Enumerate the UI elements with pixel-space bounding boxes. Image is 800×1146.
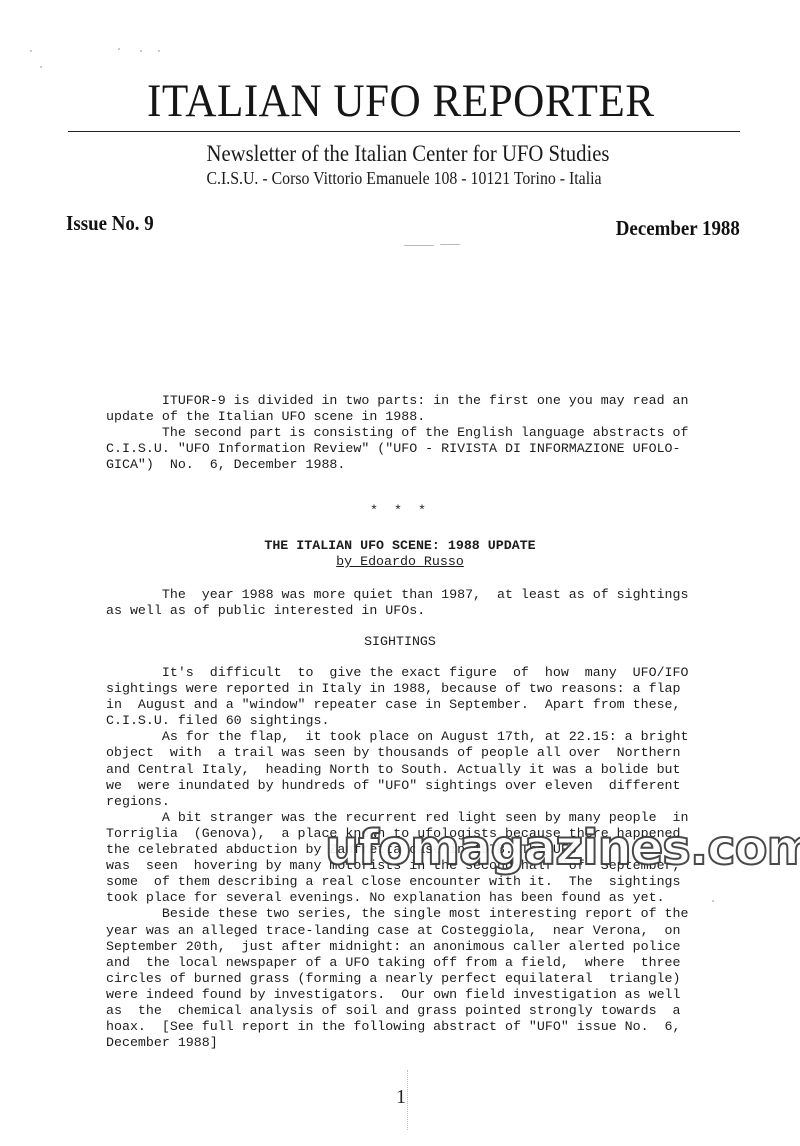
issue-date: December 1988	[616, 216, 740, 241]
scan-speck	[40, 66, 42, 68]
article-title: THE ITALIAN UFO SCENE: 1988 UPDATE	[0, 538, 800, 553]
author-name: by Edoardo Russo	[336, 554, 464, 569]
scan-artifact-line	[407, 1070, 408, 1130]
section-heading-sightings: SIGHTINGS	[0, 634, 800, 649]
scan-speck	[158, 50, 160, 52]
intro-paragraphs: ITUFOR-9 is divided in two parts: in the…	[106, 393, 690, 473]
scan-speck	[712, 900, 714, 902]
issue-number: Issue No. 9	[66, 211, 154, 236]
scan-speck	[440, 244, 460, 245]
publisher-address: C.I.S.U. - Corso Vittorio Emanuele 108 -…	[48, 168, 759, 189]
masthead-divider	[68, 131, 740, 132]
scan-speck	[118, 48, 120, 50]
article-lead-paragraph: The year 1988 was more quiet than 1987, …	[106, 587, 690, 619]
scan-speck	[140, 50, 142, 52]
scan-speck	[404, 245, 434, 246]
newsletter-subtitle: Newsletter of the Italian Center for UFO…	[41, 141, 775, 167]
page-number: 1	[396, 1086, 406, 1109]
section-separator: * * *	[0, 503, 800, 518]
watermark: ufomagazines.com	[325, 824, 800, 872]
scan-speck	[30, 50, 32, 52]
article-byline: by Edoardo Russo	[0, 554, 800, 569]
newsletter-title: ITALIAN UFO REPORTER	[33, 78, 769, 125]
